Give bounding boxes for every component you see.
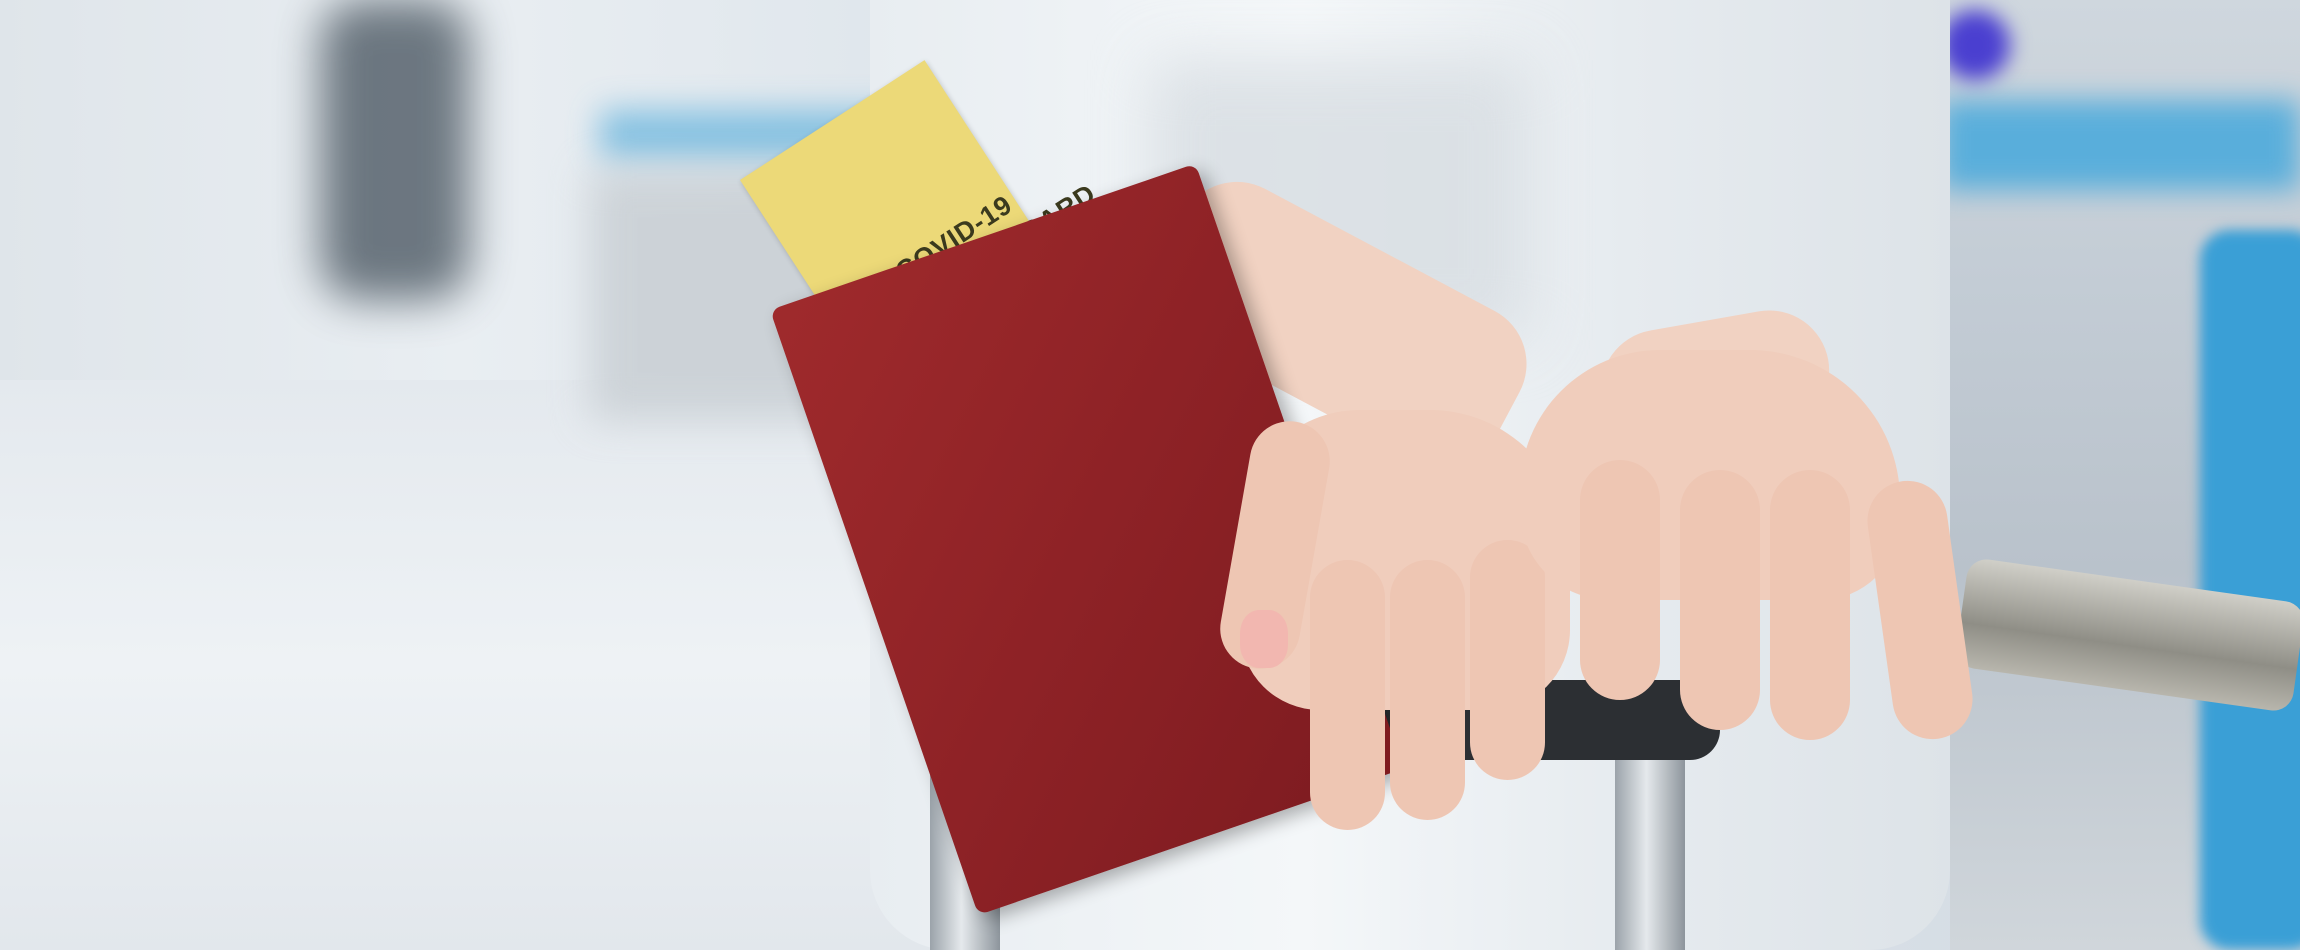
finger-3 (1470, 540, 1545, 780)
suitcase-pole-right (1615, 740, 1685, 950)
background-blue-seat (2200, 230, 2300, 950)
finger-4 (1580, 460, 1660, 700)
finger-6 (1770, 470, 1850, 740)
background-right-blue-counter (1940, 100, 2300, 190)
background-pillar (320, 0, 470, 300)
background-blue-light (1940, 10, 2010, 80)
finger-2 (1390, 560, 1465, 820)
photo-scene: COVID-19 VACCINATION CARD (0, 0, 2300, 950)
thumb-nail (1240, 610, 1288, 668)
finger-5 (1680, 470, 1760, 730)
finger-1 (1310, 560, 1385, 830)
